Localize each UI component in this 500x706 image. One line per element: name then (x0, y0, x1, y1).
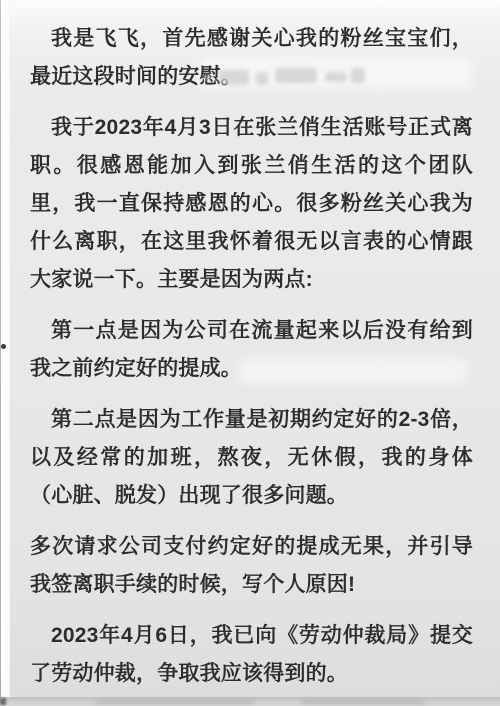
paragraph-reason-two: 第二点是因为工作量是初期约定好的2-3倍，以及经常的加班，熬夜，无休假，我的身体… (30, 401, 473, 515)
blurred-text-remnant (275, 68, 317, 83)
paragraph-intro: 我是飞飞，首先感谢关心我的粉丝宝宝们，最近这段时间的安慰。 (30, 20, 473, 96)
left-edge-dot (1, 344, 6, 349)
bottom-bar-smudge (300, 699, 425, 704)
bottom-bar-smudge (95, 699, 255, 704)
paragraph-reason-one: 第一点是因为公司在流量起来以后没有给到我之前约定好的提成。 (30, 312, 473, 388)
left-edge-line (0, 0, 1, 706)
blurred-text-remnant (219, 70, 249, 85)
bottom-bar (0, 697, 500, 706)
blurred-text-remnant (325, 72, 347, 82)
statement-image-canvas: 我是飞飞，首先感谢关心我的粉丝宝宝们，最近这段时间的安慰。 我于2023年4月3… (0, 0, 500, 706)
bottom-bar-left-mark (0, 698, 6, 705)
paragraph-arbitration: 2023年4月6日，我已向《劳动仲裁局》提交了劳动仲裁，争取我应该得到的。 (30, 617, 473, 693)
paragraph-resignation-announcement: 我于2023年4月3日在张兰俏生活账号正式离职。很感恩能加入到张兰俏生活的这个团… (30, 109, 473, 299)
statement-text: 我是飞飞，首先感谢关心我的粉丝宝宝们，最近这段时间的安慰。 我于2023年4月3… (30, 20, 473, 706)
left-white-strip (1, 0, 10, 706)
blurred-text-remnant (256, 72, 268, 85)
blurred-text-remnant (351, 68, 365, 83)
paragraph-company-refusal: 多次请求公司支付约定好的提成无果，并引导我签离职手续的时候，写个人原因! (30, 528, 473, 604)
blurred-text-remnant (204, 74, 211, 81)
